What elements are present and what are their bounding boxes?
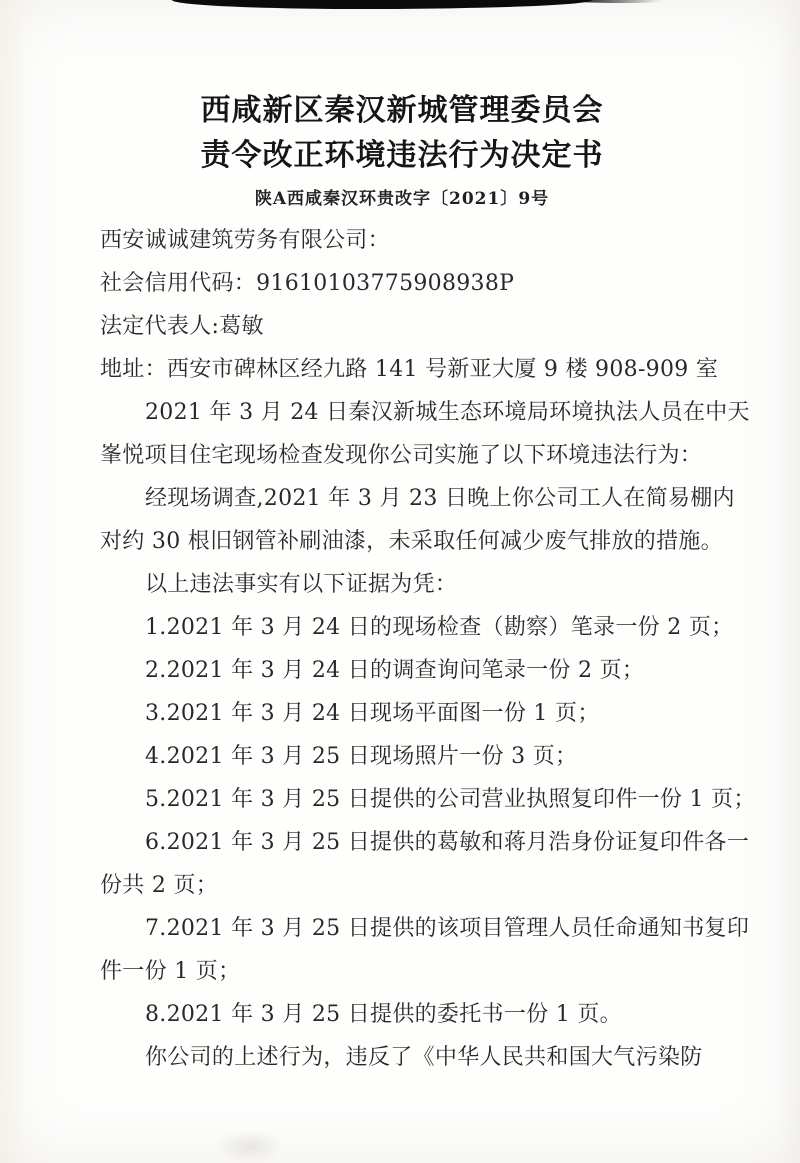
violation-paragraph-line-1: 你公司的上述行为，违反了《中华人民共和国大气污染防: [100, 1036, 704, 1079]
evidence-item-8: 8.2021 年 3 月 25 日提供的委托书一份 1 页。: [100, 993, 704, 1036]
document-body: 西安诚诚建筑劳务有限公司： 社会信用代码：91610103775908938P …: [100, 219, 704, 1079]
investigation-paragraph-line-2: 对约 30 根旧钢管补刷油漆，未采取任何减少废气排放的措施。: [100, 520, 704, 563]
investigation-paragraph-line-1: 经现场调查,2021 年 3 月 23 日晚上你公司工人在简易棚内: [100, 477, 704, 520]
evidence-item-5: 5.2021 年 3 月 25 日提供的公司营业执照复印件一份 1 页；: [100, 778, 704, 821]
evidence-intro-line: 以上违法事实有以下证据为凭：: [100, 563, 704, 606]
evidence-item-6-line-2: 份共 2 页；: [100, 864, 704, 907]
address-line: 地址：西安市碑林区经九路 141 号新亚大厦 9 楼 908-909 室: [100, 348, 704, 391]
evidence-item-2: 2.2021 年 3 月 24 日的调查询问笔录一份 2 页；: [100, 649, 704, 692]
scanned-document-page: 西咸新区秦汉新城管理委员会 责令改正环境违法行为决定书 陕A西咸秦汉环贵改字〔2…: [0, 0, 800, 1163]
inspection-paragraph-line-2: 峯悦项目住宅现场检查发现你公司实施了以下环境违法行为：: [100, 434, 704, 477]
evidence-item-3: 3.2021 年 3 月 24 日现场平面图一份 1 页；: [100, 692, 704, 735]
document-title: 西咸新区秦汉新城管理委员会 责令改正环境违法行为决定书: [100, 88, 704, 178]
evidence-item-1: 1.2021 年 3 月 24 日的现场检查（勘察）笔录一份 2 页；: [100, 606, 704, 649]
paper-smudge-artifact: [215, 1130, 285, 1163]
evidence-item-6-line-1: 6.2021 年 3 月 25 日提供的葛敏和蒋月浩身份证复印件各一: [100, 821, 704, 864]
evidence-item-7-line-1: 7.2021 年 3 月 25 日提供的该项目管理人员任命通知书复印: [100, 907, 704, 950]
legal-representative-line: 法定代表人:葛敏: [100, 305, 704, 348]
evidence-item-7-line-2: 件一份 1 页；: [100, 950, 704, 993]
document-content: 西咸新区秦汉新城管理委员会 责令改正环境违法行为决定书 陕A西咸秦汉环贵改字〔2…: [100, 0, 704, 1079]
evidence-item-4: 4.2021 年 3 月 25 日现场照片一份 3 页；: [100, 735, 704, 778]
credit-code-line: 社会信用代码：91610103775908938P: [100, 262, 704, 305]
recipient-line: 西安诚诚建筑劳务有限公司：: [100, 219, 704, 262]
document-number: 陕A西咸秦汉环贵改字〔2021〕9号: [100, 186, 704, 213]
document-title-line-2: 责令改正环境违法行为决定书: [100, 133, 704, 178]
inspection-paragraph-line-1: 2021 年 3 月 24 日秦汉新城生态环境局环境执法人员在中天: [100, 391, 704, 434]
document-title-line-1: 西咸新区秦汉新城管理委员会: [100, 88, 704, 133]
